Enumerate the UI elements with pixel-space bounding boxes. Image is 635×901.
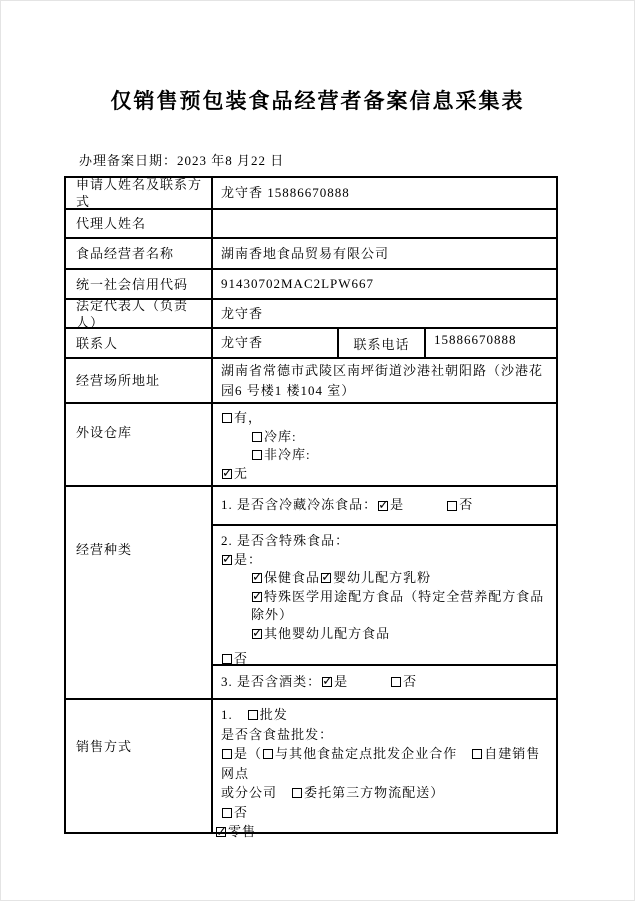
question-alcohol: 3. 是否含酒类：是 否 [213,664,556,698]
row-contact: 联系人 龙守香 联系电话 15886670888 [66,327,556,357]
special-food-question: 2. 是否含特殊食品： [221,532,548,551]
salt-wholesale-question: 是否含食盐批发： [221,725,548,745]
checkbox-unchecked-icon [248,710,258,720]
checkbox-checked-icon [216,827,226,837]
checkbox-checked-icon [222,555,232,565]
row-warehouse: 外设仓库 有， 冷库: 非冷库: 无 [66,402,556,485]
document-page: 仅销售预包装食品经营者备案信息采集表 办理备案日期：2023 年8 月22 日 … [0,0,635,901]
credit-code-value: 91430702MAC2LPW667 [213,270,556,298]
operator-name-value: 湖南香地食品贸易有限公司 [213,239,556,268]
salt-wholesale-yes-options-cont: 或分公司 委托第三方物流配送） [221,783,548,803]
checkbox-unchecked-icon [222,654,232,664]
row-credit-code: 统一社会信用代码 91430702MAC2LPW667 [66,268,556,298]
sales-mode-label: 销售方式 [66,700,213,832]
page-title: 仅销售预包装食品经营者备案信息采集表 [1,1,634,115]
warehouse-option-none: 无 [221,465,548,484]
contact-phone-label: 联系电话 [339,329,426,357]
salt-wholesale-yes-options: 是（与其他食盐定点批发企业合作 自建销售网点 [221,744,548,783]
checkbox-checked-icon [322,677,332,687]
sales-mode-options: 1. 批发 是否含食盐批发： 是（与其他食盐定点批发企业合作 自建销售网点 或分… [213,700,556,832]
contact-value: 龙守香 [213,329,339,357]
warehouse-option-has: 有， [221,409,548,428]
special-food-medical-formula: 特殊医学用途配方食品（特定全营养配方食品除外） [221,588,548,625]
warehouse-option-noncold: 非冷库: [221,446,548,465]
legal-rep-value: 龙守香 [213,300,556,327]
row-applicant: 申请人姓名及联系方式 龙守香 15886670888 [66,178,556,208]
special-food-health-and-infant-milk: 保健食品婴幼儿配方乳粉 [221,569,548,588]
operator-name-label: 食品经营者名称 [66,239,213,268]
special-food-yes: 是： [221,551,548,570]
checkbox-unchecked-icon [222,413,232,423]
business-kinds-questions: 1. 是否含冷藏冷冻食品：是 否 2. 是否含特殊食品： 是： 保健食品婴幼儿配… [213,487,556,698]
business-kinds-label: 经营种类 [66,487,213,698]
checkbox-unchecked-icon [292,788,302,798]
address-label: 经营场所地址 [66,359,213,402]
row-sales-mode: 销售方式 1. 批发 是否含食盐批发： 是（与其他食盐定点批发企业合作 自建销售… [66,698,556,832]
checkbox-unchecked-icon [252,450,262,460]
credit-code-label: 统一社会信用代码 [66,270,213,298]
row-legal-rep: 法定代表人（负责人） 龙守香 [66,298,556,327]
checkbox-checked-icon [252,629,262,639]
row-business-kinds: 经营种类 1. 是否含冷藏冷冻食品：是 否 2. 是否含特殊食品： 是： 保健食… [66,485,556,698]
row-address: 经营场所地址 湖南省常德市武陵区南坪街道沙港社朝阳路（沙港花园6 号楼1 楼10… [66,357,556,402]
applicant-value: 龙守香 15886670888 [213,178,556,208]
question-cold-chain: 1. 是否含冷藏冷冻食品：是 否 [213,487,556,524]
special-food-other-infant-formula: 其他婴幼儿配方食品 [221,625,548,644]
contact-label: 联系人 [66,329,213,357]
sales-retail-option: 零售 [215,822,548,842]
checkbox-checked-icon [222,469,232,479]
applicant-label: 申请人姓名及联系方式 [66,178,213,208]
checkbox-unchecked-icon [222,808,232,818]
row-agent: 代理人姓名 [66,208,556,237]
warehouse-options: 有， 冷库: 非冷库: 无 [213,404,556,485]
checkbox-checked-icon [252,573,262,583]
checkbox-checked-icon [378,501,388,511]
checkbox-unchecked-icon [472,749,482,759]
checkbox-unchecked-icon [252,432,262,442]
question-special-food: 2. 是否含特殊食品： 是： 保健食品婴幼儿配方乳粉 特殊医学用途配方食品（特定… [213,524,556,664]
checkbox-checked-icon [252,592,262,602]
filing-date: 办理备案日期：2023 年8 月22 日 [79,150,634,169]
salt-wholesale-no: 否 [221,803,548,823]
row-operator-name: 食品经营者名称 湖南香地食品贸易有限公司 [66,237,556,268]
address-value: 湖南省常德市武陵区南坪街道沙港社朝阳路（沙港花园6 号楼1 楼104 室） [213,359,556,402]
checkbox-unchecked-icon [391,677,401,687]
agent-value [213,210,556,237]
legal-rep-label: 法定代表人（负责人） [66,300,213,327]
warehouse-option-cold: 冷库: [221,428,548,447]
checkbox-unchecked-icon [222,749,232,759]
form-table: 申请人姓名及联系方式 龙守香 15886670888 代理人姓名 食品经营者名称… [64,176,558,834]
checkbox-unchecked-icon [263,749,273,759]
sales-wholesale-option: 1. 批发 [221,705,548,725]
checkbox-unchecked-icon [447,501,457,511]
checkbox-checked-icon [321,573,331,583]
warehouse-label: 外设仓库 [66,404,213,485]
contact-phone-value: 15886670888 [426,329,556,357]
agent-label: 代理人姓名 [66,210,213,237]
